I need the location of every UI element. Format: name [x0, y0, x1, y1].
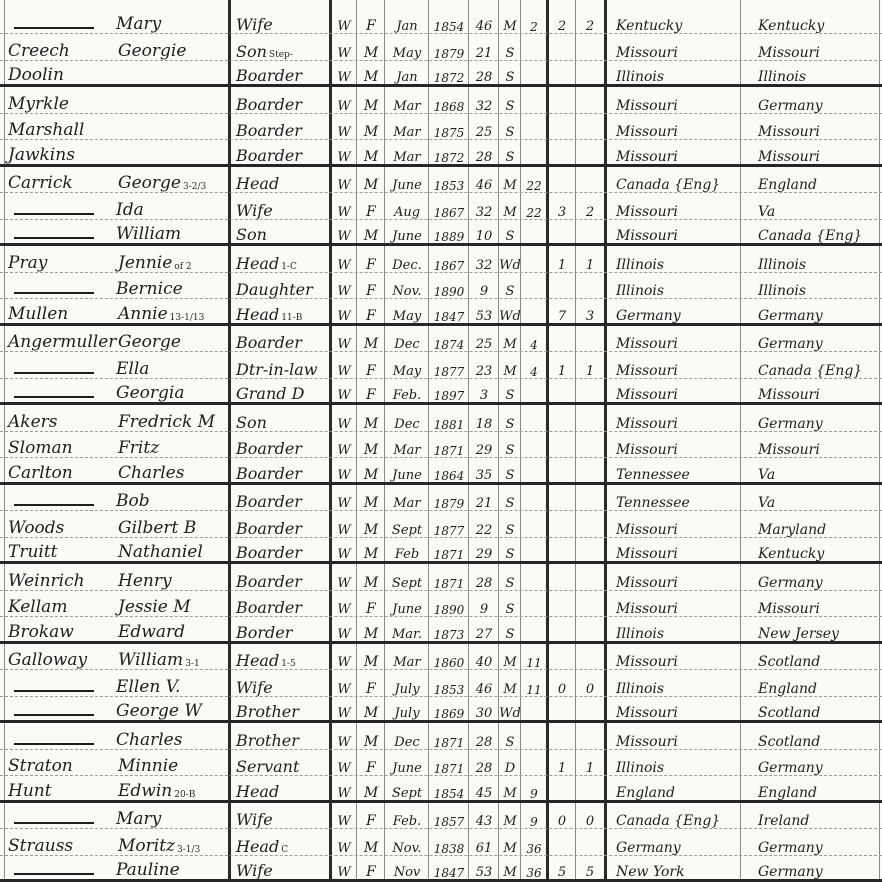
marital-status-cell: M: [500, 352, 520, 378]
father-birthplace-cell: Missouri: [744, 591, 882, 617]
marital-status-cell: Wd: [500, 697, 520, 721]
marital-status-cell: M: [500, 856, 520, 880]
sex-cell: F: [358, 8, 384, 34]
ditto-dash: [14, 237, 94, 239]
birthplace-cell: Illinois: [608, 750, 746, 776]
marital-status-cell: S: [500, 723, 520, 749]
given-name: Mary: [116, 16, 161, 33]
given-name: Georgia: [116, 385, 184, 402]
children-born-cell: 2: [549, 8, 575, 34]
relationship-cell: Border: [232, 617, 334, 641]
birth-month-cell: June: [386, 750, 428, 776]
given-name: George: [118, 334, 181, 351]
birthplace-cell: New York: [608, 856, 746, 880]
children-living-cell: 2: [577, 8, 603, 34]
marital-status-cell: M: [500, 167, 520, 193]
marital-status-cell: S: [500, 617, 520, 641]
table-row: Bernice Daughter W F Nov. 1890 9 S Illin…: [0, 273, 882, 299]
birth-year-cell: 1854: [430, 8, 468, 34]
name-cell: Marshall: [8, 114, 228, 140]
age-cell: 10: [470, 220, 498, 244]
father-birthplace-cell: Germany: [744, 856, 882, 880]
age-cell: 32: [470, 246, 498, 272]
birth-year-cell: 1847: [430, 856, 468, 880]
sex-cell: F: [358, 750, 384, 776]
birthplace-cell: Missouri: [608, 723, 746, 749]
birth-month-cell: July: [386, 670, 428, 696]
sex-cell: M: [358, 776, 384, 800]
relationship: Head: [236, 176, 279, 192]
age-cell: 46: [470, 167, 498, 193]
birthplace-cell: Missouri: [608, 140, 746, 164]
birthplace-cell: Missouri: [608, 193, 746, 219]
given-name: George: [118, 175, 181, 192]
relationship-note: 11-B: [281, 314, 302, 323]
birth-month-cell: June: [386, 591, 428, 617]
age-cell: 46: [470, 670, 498, 696]
table-row: Weinrich Henry Boarder W M Sept 1871 28 …: [0, 564, 882, 590]
birthplace-cell: Kentucky: [608, 8, 746, 34]
relationship-cell: Boarder: [232, 538, 334, 562]
name-cell: Woods Gilbert B: [8, 511, 228, 537]
age-cell: 29: [470, 538, 498, 562]
birth-month-cell: Dec: [386, 326, 428, 352]
name-cell: Ella: [8, 352, 228, 378]
relationship: Servant: [236, 759, 299, 775]
birthplace-cell: Missouri: [608, 697, 746, 721]
birth-year-cell: 1860: [430, 644, 468, 670]
birthplace-cell: Missouri: [608, 644, 746, 670]
father-birthplace-cell: Va: [744, 458, 882, 482]
color-cell: W: [332, 511, 356, 537]
birth-year-cell: 1872: [430, 61, 468, 85]
age-cell: 45: [470, 776, 498, 800]
relationship: Wife: [236, 863, 273, 879]
father-birthplace-cell: Missouri: [744, 432, 882, 458]
years-married-cell: [522, 432, 546, 458]
birth-month-cell: June: [386, 458, 428, 482]
age-cell: 28: [470, 564, 498, 590]
table-row: Mary Wife W F Jan 1854 46 M 2 2 2 Kentuc…: [0, 8, 882, 34]
color-cell: W: [332, 140, 356, 164]
color-cell: W: [332, 405, 356, 431]
relationship: Son: [236, 415, 267, 431]
relationship-cell: Wife: [232, 193, 334, 219]
birthplace-cell: Missouri: [608, 511, 746, 537]
surname: Mullen: [8, 306, 118, 323]
father-birthplace-cell: England: [744, 167, 882, 193]
age-cell: 46: [470, 8, 498, 34]
birth-year-cell: 1854: [430, 776, 468, 800]
relationship-cell: Son: [232, 405, 334, 431]
children-born-cell: [549, 273, 575, 299]
birthplace-cell: Tennessee: [608, 458, 746, 482]
birth-month-cell: May: [386, 34, 428, 60]
given-name: Pauline: [116, 862, 180, 879]
children-living-cell: [577, 87, 603, 113]
name-cell: Georgia: [8, 379, 228, 403]
sex-cell: M: [358, 34, 384, 60]
relationship-note: Step-: [269, 51, 293, 60]
age-cell: 25: [470, 114, 498, 140]
birth-year-cell: 1890: [430, 273, 468, 299]
birth-month-cell: Mar: [386, 87, 428, 113]
birth-month-cell: Jan: [386, 8, 428, 34]
color-cell: W: [332, 617, 356, 641]
relationship: Son: [236, 227, 267, 243]
relationship: Wife: [236, 203, 273, 219]
children-living-cell: [577, 220, 603, 244]
color-cell: W: [332, 750, 356, 776]
birth-year-cell: 1871: [430, 750, 468, 776]
color-cell: W: [332, 670, 356, 696]
ditto-dash: [14, 714, 94, 716]
given-name: Annie: [118, 306, 168, 323]
margin-note: 3-2/3: [183, 183, 206, 192]
birth-year-cell: 1838: [430, 829, 468, 855]
table-row: Jawkins Boarder W M Mar 1872 28 S Missou…: [0, 140, 882, 166]
marital-status-cell: S: [500, 591, 520, 617]
father-birthplace-cell: Germany: [744, 829, 882, 855]
age-cell: 32: [470, 193, 498, 219]
sex-cell: M: [358, 167, 384, 193]
birthplace-cell: Germany: [608, 299, 746, 323]
relationship-cell: Boarder: [232, 140, 334, 164]
years-married-cell: [522, 591, 546, 617]
color-cell: W: [332, 273, 356, 299]
marital-status-cell: S: [500, 61, 520, 85]
table-row: Kellam Jessie M Boarder W F June 1890 9 …: [0, 591, 882, 617]
color-cell: W: [332, 220, 356, 244]
relationship-cell: Wife: [232, 8, 334, 34]
children-living-cell: 1: [577, 352, 603, 378]
name-cell: Brokaw Edward: [8, 617, 228, 641]
age-cell: 28: [470, 140, 498, 164]
birth-month-cell: Mar: [386, 644, 428, 670]
birthplace-cell: Missouri: [608, 220, 746, 244]
birth-month-cell: Feb.: [386, 379, 428, 403]
relationship: Boarder: [236, 441, 302, 457]
years-married-cell: 9: [522, 803, 546, 829]
children-born-cell: 0: [549, 803, 575, 829]
surname: Pray: [8, 255, 118, 272]
color-cell: W: [332, 34, 356, 60]
children-living-cell: [577, 34, 603, 60]
children-born-cell: [549, 34, 575, 60]
name-cell: Mullen Annie 13-1/13: [8, 299, 228, 323]
table-row: William Son W M June 1889 10 S Missouri …: [0, 220, 882, 246]
years-married-cell: [522, 220, 546, 244]
sex-cell: M: [358, 220, 384, 244]
years-married-cell: [522, 405, 546, 431]
age-cell: 18: [470, 405, 498, 431]
given-name: Fredrick M: [118, 414, 215, 431]
father-birthplace-cell: Missouri: [744, 114, 882, 140]
children-born-cell: [549, 538, 575, 562]
birth-year-cell: 1875: [430, 114, 468, 140]
sex-cell: F: [358, 856, 384, 880]
relationship-cell: Dtr-in-law: [232, 352, 334, 378]
color-cell: W: [332, 352, 356, 378]
relationship: Boarder: [236, 68, 302, 84]
age-cell: 23: [470, 352, 498, 378]
children-born-cell: [549, 458, 575, 482]
children-born-cell: [549, 697, 575, 721]
color-cell: W: [332, 246, 356, 272]
relationship: Wife: [236, 812, 273, 828]
age-cell: 28: [470, 723, 498, 749]
relationship: Head: [236, 256, 279, 272]
children-living-cell: [577, 458, 603, 482]
given-name: Edwin: [118, 783, 172, 800]
name-cell: Galloway William 3-1: [8, 644, 228, 670]
age-cell: 3: [470, 379, 498, 403]
father-birthplace-cell: Maryland: [744, 511, 882, 537]
birth-month-cell: Nov: [386, 856, 428, 880]
father-birthplace-cell: Missouri: [744, 379, 882, 403]
relationship-note: 1-5: [281, 660, 296, 669]
name-cell: Weinrich Henry: [8, 564, 228, 590]
father-birthplace-cell: Scotland: [744, 644, 882, 670]
birth-month-cell: Feb: [386, 538, 428, 562]
relationship: Boarder: [236, 466, 302, 482]
father-birthplace-cell: Germany: [744, 405, 882, 431]
birthplace-cell: Illinois: [608, 273, 746, 299]
children-born-cell: 1: [549, 750, 575, 776]
years-married-cell: [522, 34, 546, 60]
color-cell: W: [332, 564, 356, 590]
children-living-cell: [577, 432, 603, 458]
sex-cell: M: [358, 697, 384, 721]
birth-month-cell: June: [386, 167, 428, 193]
birth-month-cell: Sept: [386, 776, 428, 800]
ditto-dash: [14, 396, 94, 398]
table-row: Doolin Boarder W M Jan 1872 28 S Illinoi…: [0, 61, 882, 87]
name-cell: Myrkle: [8, 87, 228, 113]
name-cell: Ida: [8, 193, 228, 219]
age-cell: 53: [470, 299, 498, 323]
relationship: Head: [236, 839, 279, 855]
relationship-note: C: [281, 846, 288, 855]
birth-year-cell: 1864: [430, 458, 468, 482]
color-cell: W: [332, 697, 356, 721]
birthplace-cell: Canada {Eng}: [608, 803, 746, 829]
relationship-cell: Son: [232, 220, 334, 244]
table-row: Brokaw Edward Border W M Mar. 1873 27 S …: [0, 617, 882, 643]
father-birthplace-cell: Germany: [744, 326, 882, 352]
birth-year-cell: 1881: [430, 405, 468, 431]
relationship: Boarder: [236, 545, 302, 561]
years-married-cell: 4: [522, 352, 546, 378]
years-married-cell: [522, 273, 546, 299]
marital-status-cell: S: [500, 485, 520, 511]
birth-month-cell: Mar: [386, 485, 428, 511]
table-row: Galloway William 3-1 Head 1-5 W M Mar 18…: [0, 644, 882, 670]
father-birthplace-cell: Illinois: [744, 273, 882, 299]
relationship-cell: Head 1-5: [232, 644, 334, 670]
name-cell: Straton Minnie: [8, 750, 228, 776]
color-cell: W: [332, 167, 356, 193]
marital-status-cell: M: [500, 776, 520, 800]
table-row: Pray Jennie of 2 Head 1-C W F Dec. 1867 …: [0, 246, 882, 272]
sex-cell: F: [358, 379, 384, 403]
years-married-cell: [522, 140, 546, 164]
name-cell: Mary: [8, 803, 228, 829]
children-living-cell: [577, 485, 603, 511]
name-cell: Strauss Moritz 3-1/3: [8, 829, 228, 855]
birth-year-cell: 1877: [430, 352, 468, 378]
ditto-dash: [14, 822, 94, 824]
surname: Woods: [8, 520, 118, 537]
relationship: Son: [236, 44, 267, 60]
age-cell: 53: [470, 856, 498, 880]
color-cell: W: [332, 8, 356, 34]
table-row: Myrkle Boarder W M Mar 1868 32 S Missour…: [0, 87, 882, 113]
children-living-cell: [577, 697, 603, 721]
sex-cell: M: [358, 405, 384, 431]
relationship-cell: Head: [232, 776, 334, 800]
table-row: Ella Dtr-in-law W F May 1877 23 M 4 1 1 …: [0, 352, 882, 378]
name-cell: Creech Georgie: [8, 34, 228, 60]
table-row: Sloman Fritz Boarder W M Mar 1871 29 S M…: [0, 432, 882, 458]
children-living-cell: [577, 379, 603, 403]
color-cell: W: [332, 538, 356, 562]
birth-month-cell: Dec: [386, 723, 428, 749]
marital-status-cell: S: [500, 273, 520, 299]
given-name: Nathaniel: [118, 544, 203, 561]
father-birthplace-cell: Canada {Eng}: [744, 352, 882, 378]
birth-year-cell: 1889: [430, 220, 468, 244]
sex-cell: M: [358, 538, 384, 562]
years-married-cell: 9: [522, 776, 546, 800]
children-born-cell: [549, 114, 575, 140]
relationship-cell: Boarder: [232, 432, 334, 458]
children-living-cell: [577, 564, 603, 590]
relationship-cell: Head 1-C: [232, 246, 334, 272]
table-row: Truitt Nathaniel Boarder W M Feb 1871 29…: [0, 538, 882, 564]
relationship: Boarder: [236, 600, 302, 616]
name-cell: Mary: [8, 8, 228, 34]
children-born-cell: [549, 405, 575, 431]
color-cell: W: [332, 61, 356, 85]
birthplace-cell: Germany: [608, 829, 746, 855]
given-name: Georgie: [118, 43, 186, 60]
relationship-cell: Head C: [232, 829, 334, 855]
color-cell: W: [332, 87, 356, 113]
marital-status-cell: S: [500, 458, 520, 482]
ditto-dash: [14, 690, 94, 692]
color-cell: W: [332, 299, 356, 323]
children-born-cell: [549, 644, 575, 670]
table-row: Carlton Charles Boarder W M June 1864 35…: [0, 458, 882, 484]
sex-cell: M: [358, 140, 384, 164]
sex-cell: M: [358, 617, 384, 641]
given-name: Moritz: [118, 838, 175, 855]
marital-status-cell: M: [500, 193, 520, 219]
relationship-cell: Head 11-B: [232, 299, 334, 323]
ditto-dash: [14, 213, 94, 215]
birthplace-cell: Missouri: [608, 114, 746, 140]
birthplace-cell: Illinois: [608, 670, 746, 696]
name-cell: Ellen V.: [8, 670, 228, 696]
color-cell: W: [332, 856, 356, 880]
table-row: Bob Boarder W M Mar 1879 21 S Tennessee …: [0, 485, 882, 511]
birth-year-cell: 1853: [430, 670, 468, 696]
age-cell: 21: [470, 34, 498, 60]
age-cell: 61: [470, 829, 498, 855]
children-living-cell: [577, 167, 603, 193]
marital-status-cell: S: [500, 379, 520, 403]
surname: Brokaw: [8, 624, 118, 641]
relationship-cell: Boarder: [232, 485, 334, 511]
surname: Marshall: [8, 122, 118, 139]
marital-status-cell: S: [500, 220, 520, 244]
sex-cell: M: [358, 458, 384, 482]
margin-note: 3-1: [185, 660, 200, 669]
relationship: Wife: [236, 680, 273, 696]
years-married-cell: [522, 564, 546, 590]
children-living-cell: 5: [577, 856, 603, 880]
marital-status-cell: M: [500, 803, 520, 829]
table-row: Charles Brother W M Dec 1871 28 S Missou…: [0, 723, 882, 749]
marital-status-cell: Wd: [500, 246, 520, 272]
children-born-cell: [549, 326, 575, 352]
given-name: Fritz: [118, 440, 159, 457]
years-married-cell: 11: [522, 670, 546, 696]
years-married-cell: [522, 617, 546, 641]
birth-month-cell: Sept: [386, 511, 428, 537]
father-birthplace-cell: Germany: [744, 750, 882, 776]
relationship: Boarder: [236, 123, 302, 139]
relationship: Boarder: [236, 97, 302, 113]
table-row: Mary Wife W F Feb. 1857 43 M 9 0 0 Canad…: [0, 803, 882, 829]
sex-cell: M: [358, 326, 384, 352]
table-row: Georgia Grand D W F Feb. 1897 3 S Missou…: [0, 379, 882, 405]
birth-month-cell: Feb.: [386, 803, 428, 829]
birth-year-cell: 1873: [430, 617, 468, 641]
years-married-cell: 11: [522, 644, 546, 670]
children-living-cell: [577, 617, 603, 641]
name-cell: Carrick George 3-2/3: [8, 167, 228, 193]
years-married-cell: 22: [522, 167, 546, 193]
table-row: Pauline Wife W F Nov 1847 53 M 36 5 5 Ne…: [0, 856, 882, 882]
birth-year-cell: 1874: [430, 326, 468, 352]
children-born-cell: [549, 432, 575, 458]
birthplace-cell: Canada {Eng}: [608, 167, 746, 193]
children-born-cell: 1: [549, 352, 575, 378]
years-married-cell: [522, 379, 546, 403]
birth-month-cell: Mar: [386, 114, 428, 140]
marital-status-cell: S: [500, 564, 520, 590]
years-married-cell: [522, 723, 546, 749]
years-married-cell: [522, 87, 546, 113]
given-name: Charles: [116, 732, 182, 749]
given-name: Henry: [118, 573, 172, 590]
relationship-cell: Wife: [232, 803, 334, 829]
years-married-cell: [522, 458, 546, 482]
years-married-cell: 36: [522, 856, 546, 880]
birthplace-cell: Missouri: [608, 379, 746, 403]
relationship: Head: [236, 653, 279, 669]
children-born-cell: [549, 379, 575, 403]
margin-note: 3-1/3: [177, 846, 200, 855]
given-name: Edward: [118, 624, 185, 641]
surname: Sloman: [8, 440, 118, 457]
birth-month-cell: Dec.: [386, 246, 428, 272]
marital-status-cell: S: [500, 405, 520, 431]
name-cell: Angermuller George: [8, 326, 228, 352]
years-married-cell: [522, 299, 546, 323]
